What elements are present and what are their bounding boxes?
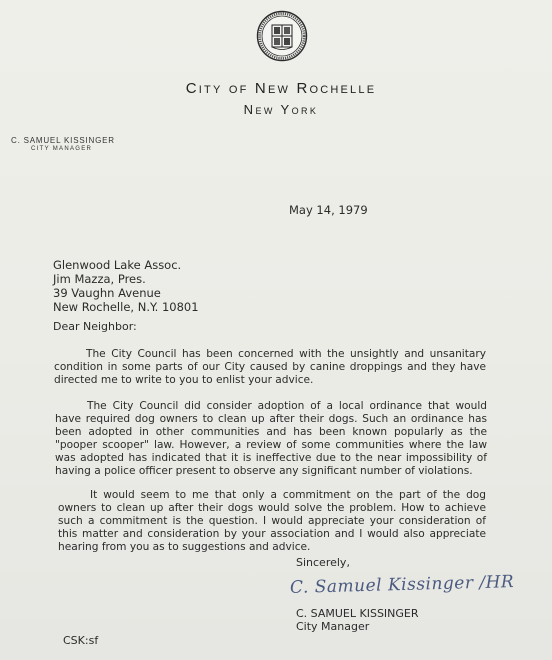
letterhead-state: New York bbox=[0, 102, 552, 117]
letter-date: May 14, 1979 bbox=[289, 203, 368, 217]
signer-title: City Manager bbox=[296, 620, 369, 633]
recipient-address: Glenwood Lake Assoc. Jim Mazza, Pres. 39… bbox=[53, 258, 199, 314]
body-paragraph: It would seem to me that only a commitme… bbox=[58, 489, 486, 554]
salutation: Dear Neighbor: bbox=[53, 320, 137, 333]
letterhead-manager-name: C. SAMUEL KISSINGER bbox=[11, 136, 115, 145]
paragraph-text: It would seem to me that only a commitme… bbox=[58, 489, 486, 553]
city-seal-icon bbox=[256, 10, 308, 62]
recipient-line: 39 Vaughn Avenue bbox=[53, 286, 199, 300]
letter-page: City of New Rochelle New York C. SAMUEL … bbox=[0, 0, 552, 660]
body-paragraph: The City Council has been concerned with… bbox=[54, 348, 486, 387]
letterhead-city: City of New Rochelle bbox=[0, 80, 552, 97]
letterhead-manager-title: CITY MANAGER bbox=[31, 146, 92, 152]
recipient-line: Glenwood Lake Assoc. bbox=[53, 258, 199, 272]
body-paragraph: The City Council did consider adoption o… bbox=[55, 400, 487, 478]
handwritten-signature: C. Samuel Kissinger /HR bbox=[290, 572, 515, 598]
signer-name: C. SAMUEL KISSINGER bbox=[296, 607, 419, 620]
closing: Sincerely, bbox=[296, 556, 350, 569]
paragraph-text: The City Council has been concerned with… bbox=[54, 348, 486, 386]
recipient-line: Jim Mazza, Pres. bbox=[53, 272, 199, 286]
recipient-line: New Rochelle, N.Y. 10801 bbox=[53, 300, 199, 314]
reference-initials: CSK:sf bbox=[63, 634, 98, 647]
paragraph-text: The City Council did consider adoption o… bbox=[55, 400, 487, 477]
